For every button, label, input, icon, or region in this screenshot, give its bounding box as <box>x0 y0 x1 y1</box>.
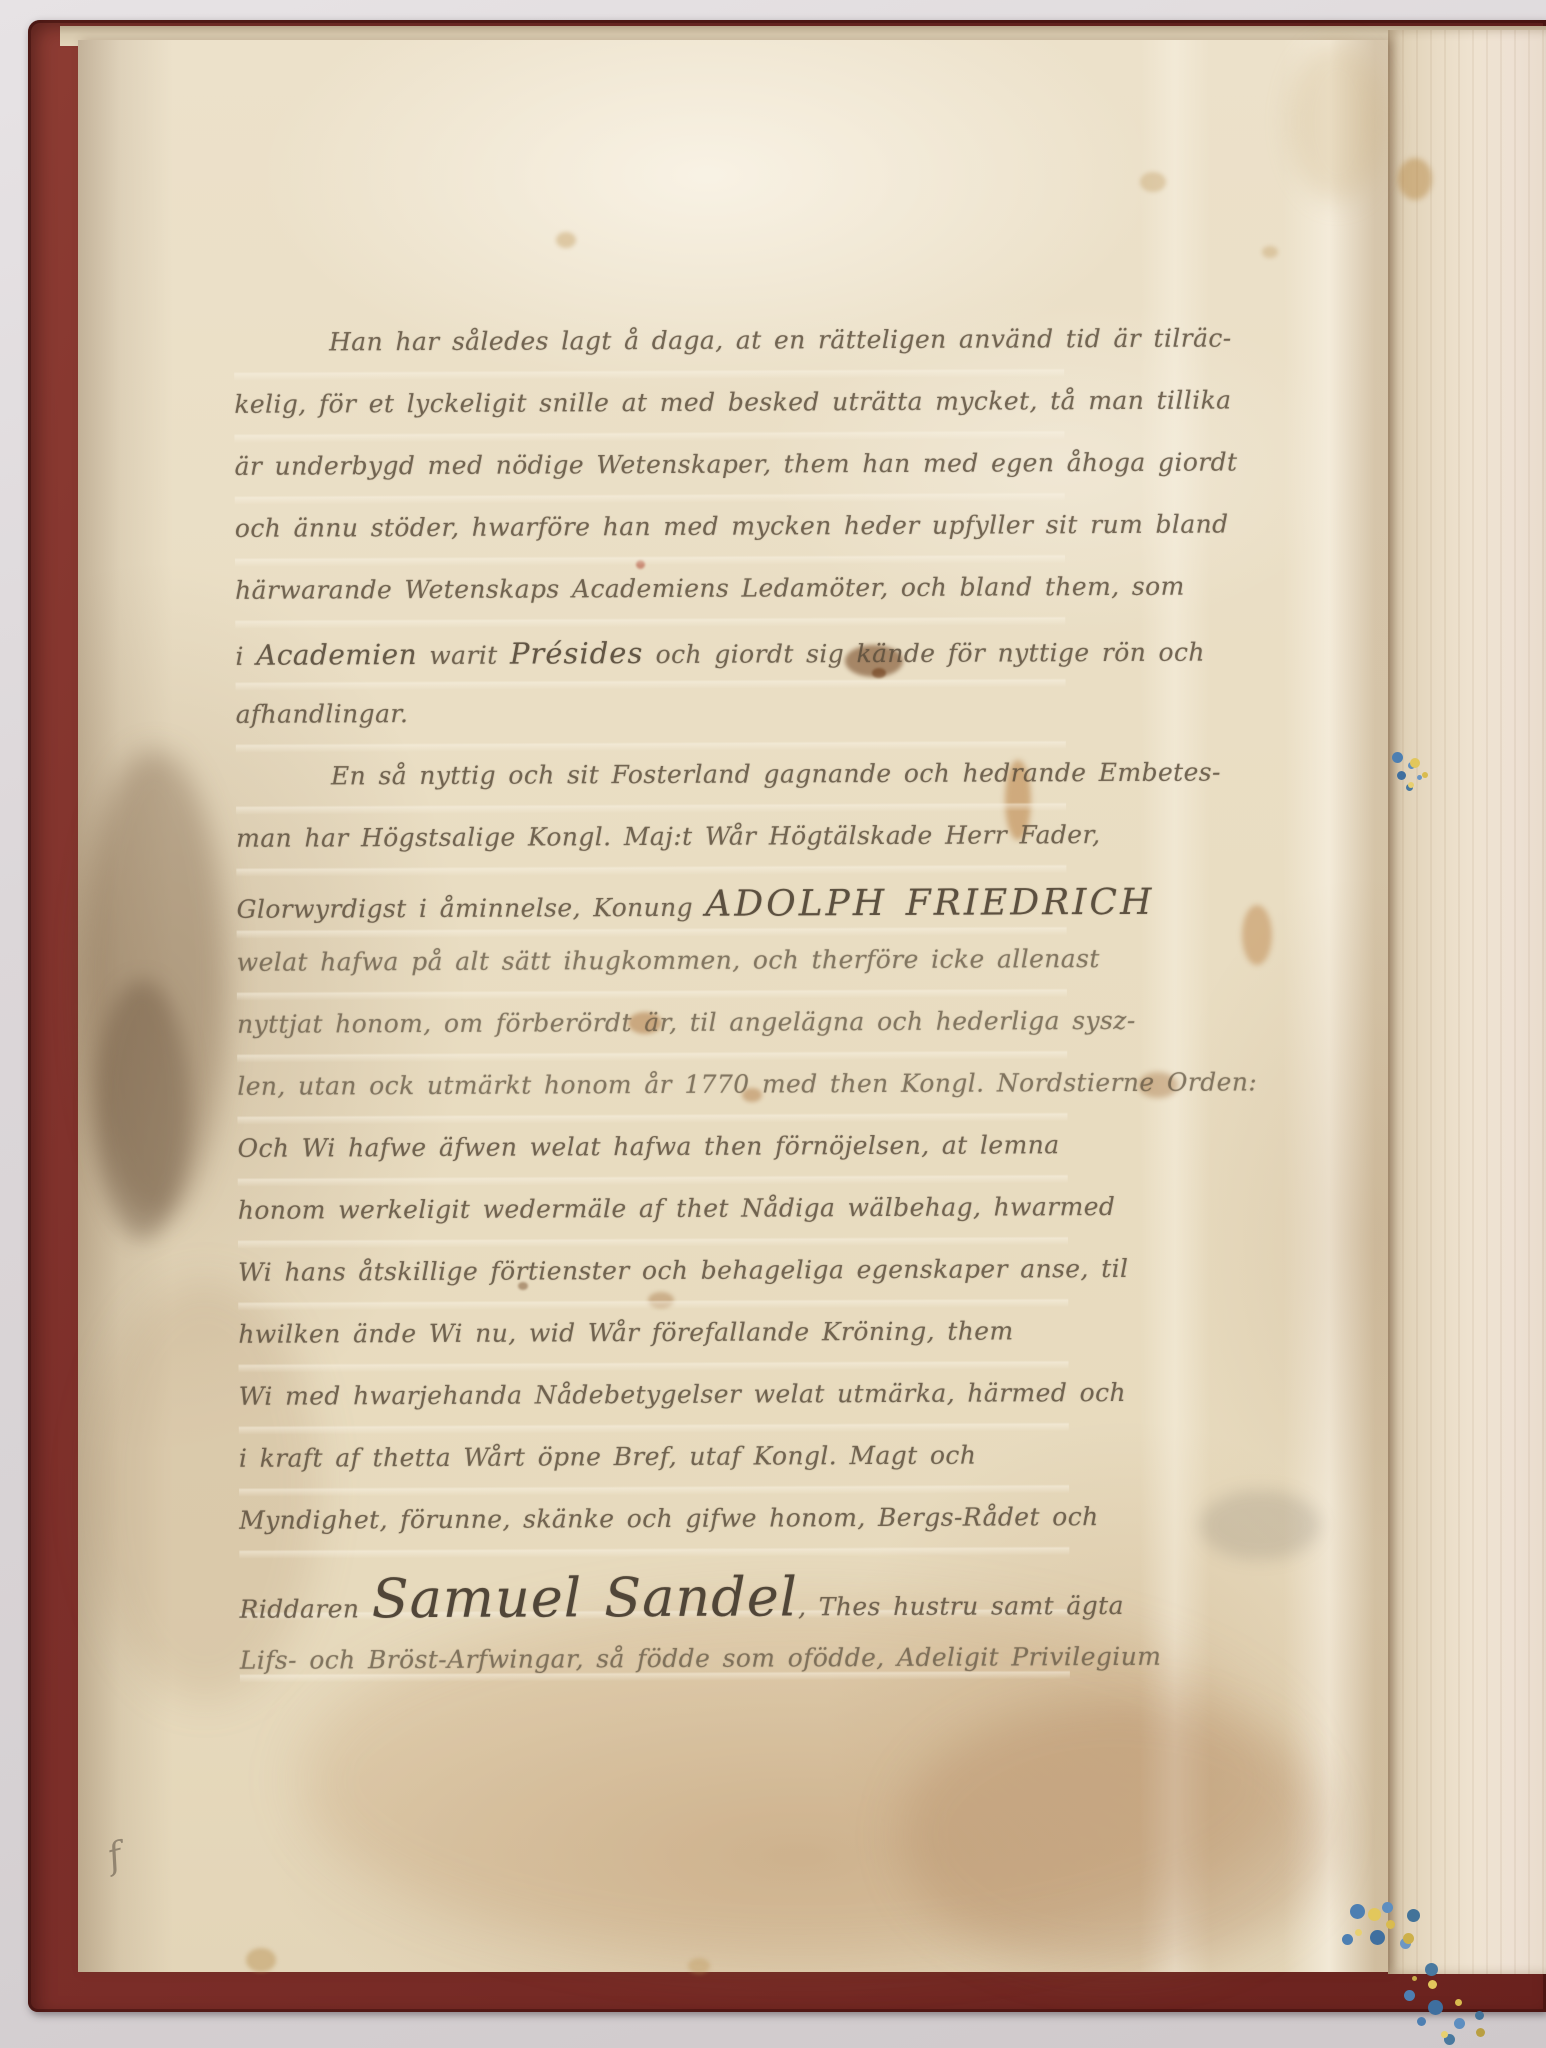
line-text: härwarande Wetenskaps Academiens Ledamöt… <box>235 572 1185 605</box>
blue-thread <box>1350 1904 1365 1919</box>
manuscript-line: Och Wi hafwe äfwen welat hafwa then förn… <box>238 1130 1068 1196</box>
foxing-spot <box>246 1948 276 1972</box>
yellow-thread <box>1368 1908 1381 1921</box>
line-text: Myndighet, förunne, skänke och gifwe hon… <box>239 1502 1099 1535</box>
manuscript-line: kelig, för et lyckeligit snille at med b… <box>234 386 1064 452</box>
stain <box>95 980 190 1240</box>
manuscript-line: nyttjat honom, om förberördt är, til ang… <box>237 1006 1067 1072</box>
line-text: Lifs- och Bröst-Arfwingar, så födde som … <box>240 1642 1162 1675</box>
blue-thread <box>1392 752 1403 763</box>
yellow-thread <box>1410 758 1420 768</box>
line-text: afhandlingar. <box>236 699 409 729</box>
line-text: och ännu stöder, hwarföre han med mycken… <box>235 509 1229 542</box>
line-text: Wi med hwarjehanda Nådebetygelser welat … <box>239 1378 1126 1411</box>
line-text: i kraft af thetta Wårt öpne Bref, utaf K… <box>239 1441 977 1473</box>
manuscript-line: man har Högstsalige Kongl. Maj:t Wår Hög… <box>236 820 1066 886</box>
line-text: i <box>235 642 256 671</box>
line-text: och giordt sig kände för nyttige rön och <box>643 638 1205 669</box>
page-stack-right-edge <box>1388 30 1546 1974</box>
manuscript-line: i Academien warit Présides och giordt si… <box>235 634 1065 700</box>
bookmark-thread-mid <box>1386 748 1446 808</box>
line-text: len, utan ock utmärkt honom år 1770 med … <box>237 1067 1257 1100</box>
manuscript-line: är underbygd med nödige Wetenskaper, the… <box>235 448 1065 514</box>
foxing-spot <box>1398 158 1432 200</box>
manuscript-line: Wi med hwarjehanda Nådebetygelser welat … <box>239 1378 1069 1444</box>
manuscript-line: Glorwyrdigst i åminnelse, Konung ADOLPH … <box>236 882 1066 948</box>
foxing-spot <box>1140 172 1166 192</box>
manuscript-line: En så nyttig och sit Fosterland gagnande… <box>236 758 1066 824</box>
manuscript-line: Lifs- och Bröst-Arfwingar, så födde som … <box>240 1642 1070 1708</box>
manuscript-text-block: Han har således lagt å daga, at en rätte… <box>234 324 1070 1708</box>
academy-name: Academien <box>256 638 417 672</box>
manuscript-line: welat hafwa på alt sätt ihugkommen, och … <box>237 944 1067 1010</box>
sandel-name: Samuel Sandel <box>372 1565 799 1630</box>
manuscript-line: i kraft af thetta Wårt öpne Bref, utaf K… <box>239 1440 1069 1506</box>
line-text: man har Högstsalige Kongl. Maj:t Wår Hög… <box>236 820 1100 853</box>
manuscript-line: hwilken ände Wi nu, wid Wår förefallande… <box>238 1316 1068 1382</box>
manuscript-line: honom werkeligit wedermäle af thet Nådig… <box>238 1192 1068 1258</box>
manuscript-line: Wi hans åtskillige förtienster och behag… <box>238 1254 1068 1320</box>
manuscript-line: afhandlingar. <box>236 696 1066 762</box>
manuscript-line: Riddaren Samuel Sandel, Thes hustru samt… <box>239 1564 1069 1646</box>
line-text: nyttjat honom, om förberördt är, til ang… <box>237 1006 1136 1039</box>
stain <box>1242 905 1272 965</box>
line-text: kelig, för et lyckeligit snille at med b… <box>234 385 1231 418</box>
line-text: Och Wi hafwe äfwen welat hafwa then förn… <box>238 1130 1060 1163</box>
line-text: hwilken ände Wi nu, wid Wår förefallande… <box>238 1316 1013 1348</box>
manuscript-line: len, utan ock utmärkt honom år 1770 med … <box>237 1068 1067 1134</box>
stain <box>1290 42 1385 202</box>
line-text: warit <box>417 641 510 670</box>
bookmark-tassel-bottom <box>1322 1896 1502 2046</box>
line-text: , Thes hustru samt ägta <box>798 1591 1124 1621</box>
manuscript-line: Han har således lagt å daga, at en rätte… <box>234 324 1064 390</box>
manuscript-line: Myndighet, förunne, skänke och gifwe hon… <box>239 1502 1069 1568</box>
foxing-spot <box>1262 246 1278 258</box>
line-text: Glorwyrdigst i åminnelse, Konung <box>236 893 705 924</box>
line-text: är underbygd med nödige Wetenskaper, the… <box>235 447 1238 480</box>
line-text: honom werkeligit wedermäle af thet Nådig… <box>238 1192 1116 1225</box>
line-text: welat hafwa på alt sätt ihugkommen, och … <box>237 944 1100 977</box>
line-text: Wi hans åtskillige förtienster och behag… <box>238 1254 1128 1287</box>
foxing-spot <box>556 232 576 248</box>
king-name: ADOLPH FRIEDRICH <box>705 882 1154 925</box>
line-text: Riddaren <box>240 1594 372 1624</box>
line-text: Han har således lagt å daga, at en rätte… <box>329 323 1232 356</box>
foxing-spot <box>688 1958 710 1974</box>
smudge <box>1200 1490 1320 1560</box>
stain <box>900 1700 1330 1970</box>
manuscript-line: härwarande Wetenskaps Academiens Ledamöt… <box>235 572 1065 638</box>
line-text: En så nyttig och sit Fosterland gagnande… <box>331 758 1221 791</box>
manuscript-line: och ännu stöder, hwarföre han med mycken… <box>235 510 1065 576</box>
presides-name: Présides <box>510 636 643 671</box>
